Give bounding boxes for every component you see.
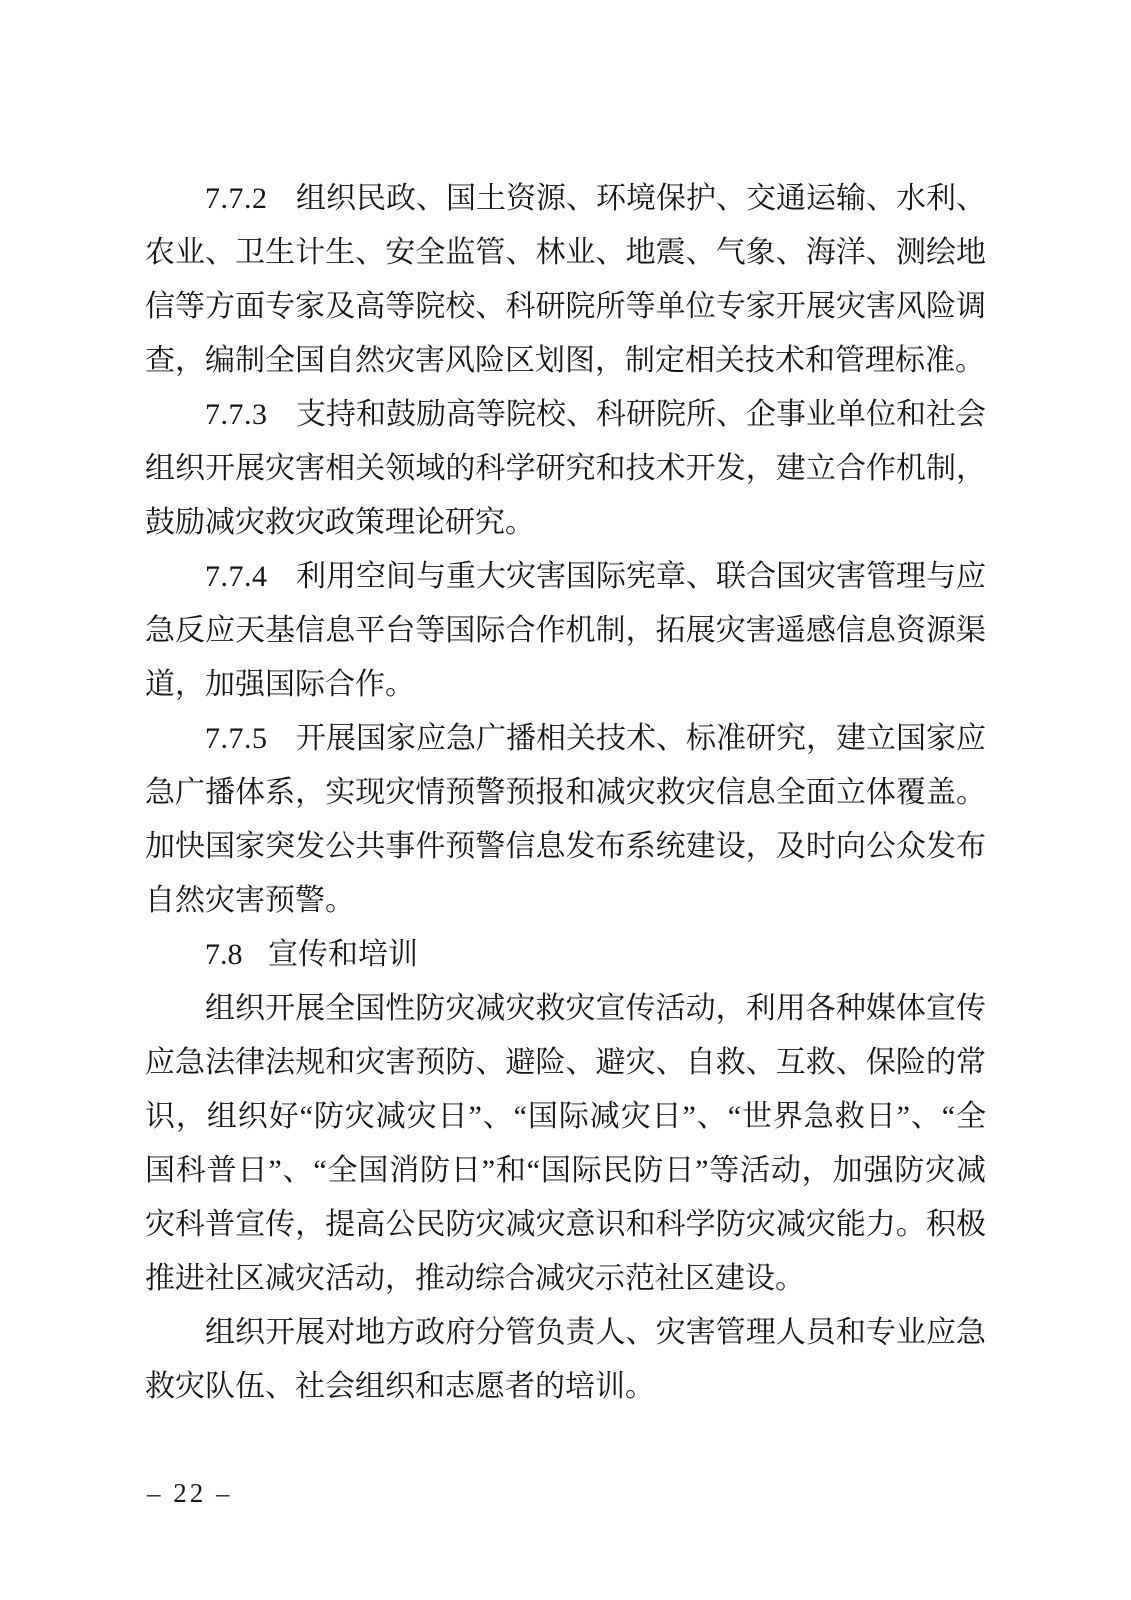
section-number: 7.7.3 bbox=[205, 398, 268, 431]
section-number: 7.7.5 bbox=[205, 722, 268, 755]
paragraph-7-7-3: 7.7.3支持和鼓励高等院校、科研院所、企事业单位和社会组织开展灾害相关领域的科… bbox=[145, 388, 986, 550]
paragraph-text: 开展国家应急广播相关技术、标准研究，建立国家应急广播体系，实现灾情预警预报和减灾… bbox=[145, 722, 986, 917]
paragraph-7-7-2: 7.7.2组织民政、国土资源、环境保护、交通运输、水利、农业、卫生计生、安全监管… bbox=[145, 172, 986, 388]
paragraph-text: 组织民政、国土资源、环境保护、交通运输、水利、农业、卫生计生、安全监管、林业、地… bbox=[145, 182, 986, 377]
section-number: 7.7.2 bbox=[205, 182, 268, 215]
document-page: 7.7.2组织民政、国土资源、环境保护、交通运输、水利、农业、卫生计生、安全监管… bbox=[0, 0, 1131, 1600]
page-number: – 22 – bbox=[147, 1478, 233, 1509]
paragraph-publicity: 组织开展全国性防灾减灾救灾宣传活动，利用各种媒体宣传应急法律法规和灾害预防、避险… bbox=[145, 982, 986, 1306]
paragraph-text: 支持和鼓励高等院校、科研院所、企事业单位和社会组织开展灾害相关领域的科学研究和技… bbox=[145, 398, 986, 539]
section-number: 7.7.4 bbox=[205, 560, 268, 593]
paragraph-training: 组织开展对地方政府分管负责人、灾害管理人员和专业应急救灾队伍、社会组织和志愿者的… bbox=[145, 1306, 986, 1414]
section-heading-text: 宣传和培训 bbox=[268, 938, 418, 971]
section-number: 7.8 bbox=[205, 938, 243, 971]
paragraph-7-7-5: 7.7.5开展国家应急广播相关技术、标准研究，建立国家应急广播体系，实现灾情预警… bbox=[145, 712, 986, 928]
paragraph-7-7-4: 7.7.4利用空间与重大灾害国际宪章、联合国灾害管理与应急反应天基信息平台等国际… bbox=[145, 550, 986, 712]
paragraph-text: 利用空间与重大灾害国际宪章、联合国灾害管理与应急反应天基信息平台等国际合作机制，… bbox=[145, 560, 986, 701]
document-body: 7.7.2组织民政、国土资源、环境保护、交通运输、水利、农业、卫生计生、安全监管… bbox=[145, 172, 986, 1414]
paragraph-text: 组织开展对地方政府分管负责人、灾害管理人员和专业应急救灾队伍、社会组织和志愿者的… bbox=[145, 1316, 986, 1403]
paragraph-text: 组织开展全国性防灾减灾救灾宣传活动，利用各种媒体宣传应急法律法规和灾害预防、避险… bbox=[145, 992, 986, 1295]
section-heading-7-8: 7.8宣传和培训 bbox=[145, 928, 986, 982]
